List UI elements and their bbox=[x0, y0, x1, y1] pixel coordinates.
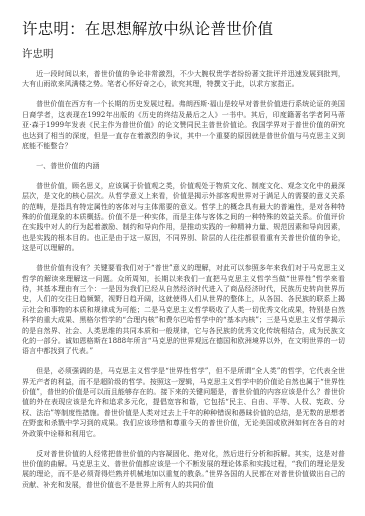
article-title: 许忠明：在思想解放中纵论普世价值 bbox=[22, 18, 345, 40]
paragraph-background: 普世价值在西方有一个长期的历史发展过程。弗朗西斯·福山是较早对普世价值进行系统论… bbox=[22, 99, 345, 151]
paragraph-universality: 普世价值有没有？关键要看我们对于“普世”意义的理解，对此可以参照多年来我们对于马… bbox=[22, 263, 345, 357]
document-page: 许忠明：在思想解放中纵论普世价值 许忠明 近一段时间以来，普世价值的争论非常激烈… bbox=[0, 0, 365, 516]
section-heading: 一、普世价值的内涵 bbox=[22, 161, 345, 171]
paragraph-definition: 普世价值，顾名思义，应该属于价值观之类，价值观处于物质文化、制度文化、观念文化中… bbox=[22, 181, 345, 254]
paragraph-rebuttal: 反对普世价值的人经常把普世价值的内容凝固化、绝对化，然后进行分析和拆解。其实，这… bbox=[22, 449, 345, 491]
article-author: 许忠明 bbox=[22, 47, 345, 61]
paragraph-content: 但是，必须强调的是，马克思主义哲学是“世界性哲学”，但不是所谓“全人类”的哲学，… bbox=[22, 366, 345, 439]
article-body: 近一段时间以来，普世价值的争论非常激烈，不少大腕权贵学者纷纷著文批评并迅速发展到… bbox=[22, 69, 345, 490]
paragraph-intro: 近一段时间以来，普世价值的争论非常激烈，不少大腕权贵学者纷纷著文批评并迅速发展到… bbox=[22, 69, 345, 90]
